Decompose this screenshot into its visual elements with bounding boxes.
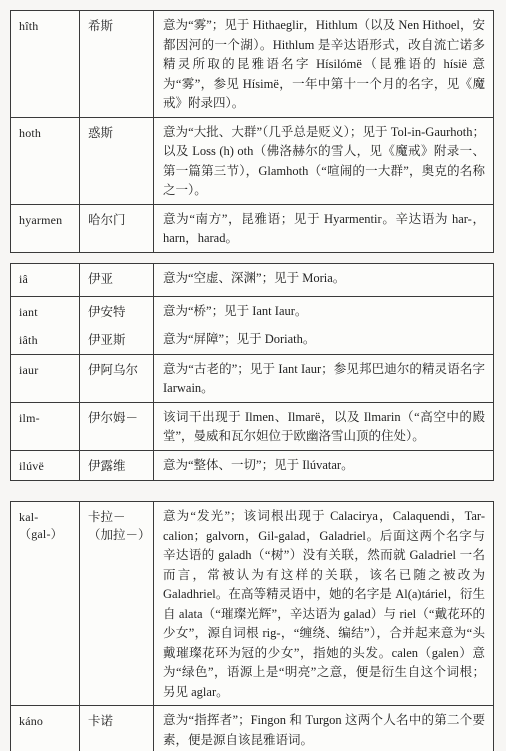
glossary-table-i: iâ 伊亚 意为“空虚、深渊”；见于 Moria。 iant 伊安特 意为“桥”… (10, 263, 494, 481)
entry-transliteration: 哈尔门 (79, 205, 153, 252)
table-row: káno 卡诺 意为“指挥者”；Fingon 和 Turgon 这两个人名中的第… (11, 705, 493, 751)
entry-word: hîth (11, 11, 79, 117)
entry-transliteration: 卡诺 (79, 706, 153, 751)
entry-word: ilúvë (11, 451, 79, 480)
table-row: ilm- 伊尔姆－ 该词干出现于 Ilmen、Ilmarë，以及 Ilmarin… (11, 402, 493, 450)
table-row: kal- （gal-） 卡拉－ （加拉－） 意为“发光”；该词根出现于 Cala… (11, 502, 493, 705)
entry-transliteration: 伊阿乌尔 (79, 355, 153, 402)
entry-definition: 意为“桥”；见于 Iant Iaur。 (153, 297, 493, 325)
entry-transliteration: 伊亚斯 (79, 325, 153, 354)
entry-definition: 意为“屏障”；见于 Doriath。 (153, 325, 493, 354)
entry-word: iâth (11, 325, 79, 354)
scanned-glossary-page: { "page": { "kind": "scanned dictionary … (0, 0, 506, 751)
entry-word: hoth (11, 118, 79, 204)
entry-word: káno (11, 706, 79, 751)
entry-definition: 意为“大批、大群”（几乎总是贬义）；见于 Tol-in-Gaurhoth；以及 … (153, 118, 493, 204)
table-row: hyarmen 哈尔门 意为“南方”，昆雅语；见于 Hyarmentir。辛达语… (11, 204, 493, 252)
table-row: ilúvë 伊露维 意为“整体、一切”；见于 Ilúvatar。 (11, 450, 493, 480)
glossary-table-h: hîth 希斯 意为“雾”；见于 Hithaeglir，Hithlum（以及 N… (10, 10, 494, 253)
entry-definition: 意为“整体、一切”；见于 Ilúvatar。 (153, 451, 493, 480)
entry-transliteration: 惑斯 (79, 118, 153, 204)
table-row: iaur 伊阿乌尔 意为“古老的”；见于 Iant Iaur；参见邦巴迪尔的精灵… (11, 354, 493, 402)
entry-definition: 意为“南方”，昆雅语；见于 Hyarmentir。辛达语为 har-，harn，… (153, 205, 493, 252)
table-row: iâ 伊亚 意为“空虚、深渊”；见于 Moria。 (11, 264, 493, 296)
entry-transliteration: 伊尔姆－ (79, 403, 153, 450)
entry-definition: 该词干出现于 Ilmen、Ilmarë，以及 Ilmarin（“高空中的殿堂”，… (153, 403, 493, 450)
entry-definition: 意为“雾”；见于 Hithaeglir，Hithlum（以及 Nen Hitho… (153, 11, 493, 117)
entry-transliteration: 伊亚 (79, 264, 153, 296)
entry-word: iant (11, 297, 79, 325)
table-row: hîth 希斯 意为“雾”；见于 Hithaeglir，Hithlum（以及 N… (11, 11, 493, 117)
entry-word: kal- （gal-） (11, 502, 79, 705)
glossary-table-k: kal- （gal-） 卡拉－ （加拉－） 意为“发光”；该词根出现于 Cala… (10, 501, 494, 751)
entry-word: iâ (11, 264, 79, 296)
table-row: hoth 惑斯 意为“大批、大群”（几乎总是贬义）；见于 Tol-in-Gaur… (11, 117, 493, 204)
entry-definition: 意为“发光”；该词根出现于 Calacirya，Calaquendi，Tar-c… (153, 502, 493, 705)
entry-transliteration: 伊安特 (79, 297, 153, 325)
entry-transliteration: 卡拉－ （加拉－） (79, 502, 153, 705)
entry-definition: 意为“古老的”；见于 Iant Iaur；参见邦巴迪尔的精灵语名字 Iarwai… (153, 355, 493, 402)
entry-transliteration: 伊露维 (79, 451, 153, 480)
entry-word: hyarmen (11, 205, 79, 252)
table-row: iâth 伊亚斯 意为“屏障”；见于 Doriath。 (11, 325, 493, 354)
entry-transliteration: 希斯 (79, 11, 153, 117)
entry-definition: 意为“指挥者”；Fingon 和 Turgon 这两个人名中的第二个要素，便是源… (153, 706, 493, 751)
table-row: iant 伊安特 意为“桥”；见于 Iant Iaur。 (11, 296, 493, 325)
entry-word: ilm- (11, 403, 79, 450)
entry-word: iaur (11, 355, 79, 402)
entry-definition: 意为“空虚、深渊”；见于 Moria。 (153, 264, 493, 296)
